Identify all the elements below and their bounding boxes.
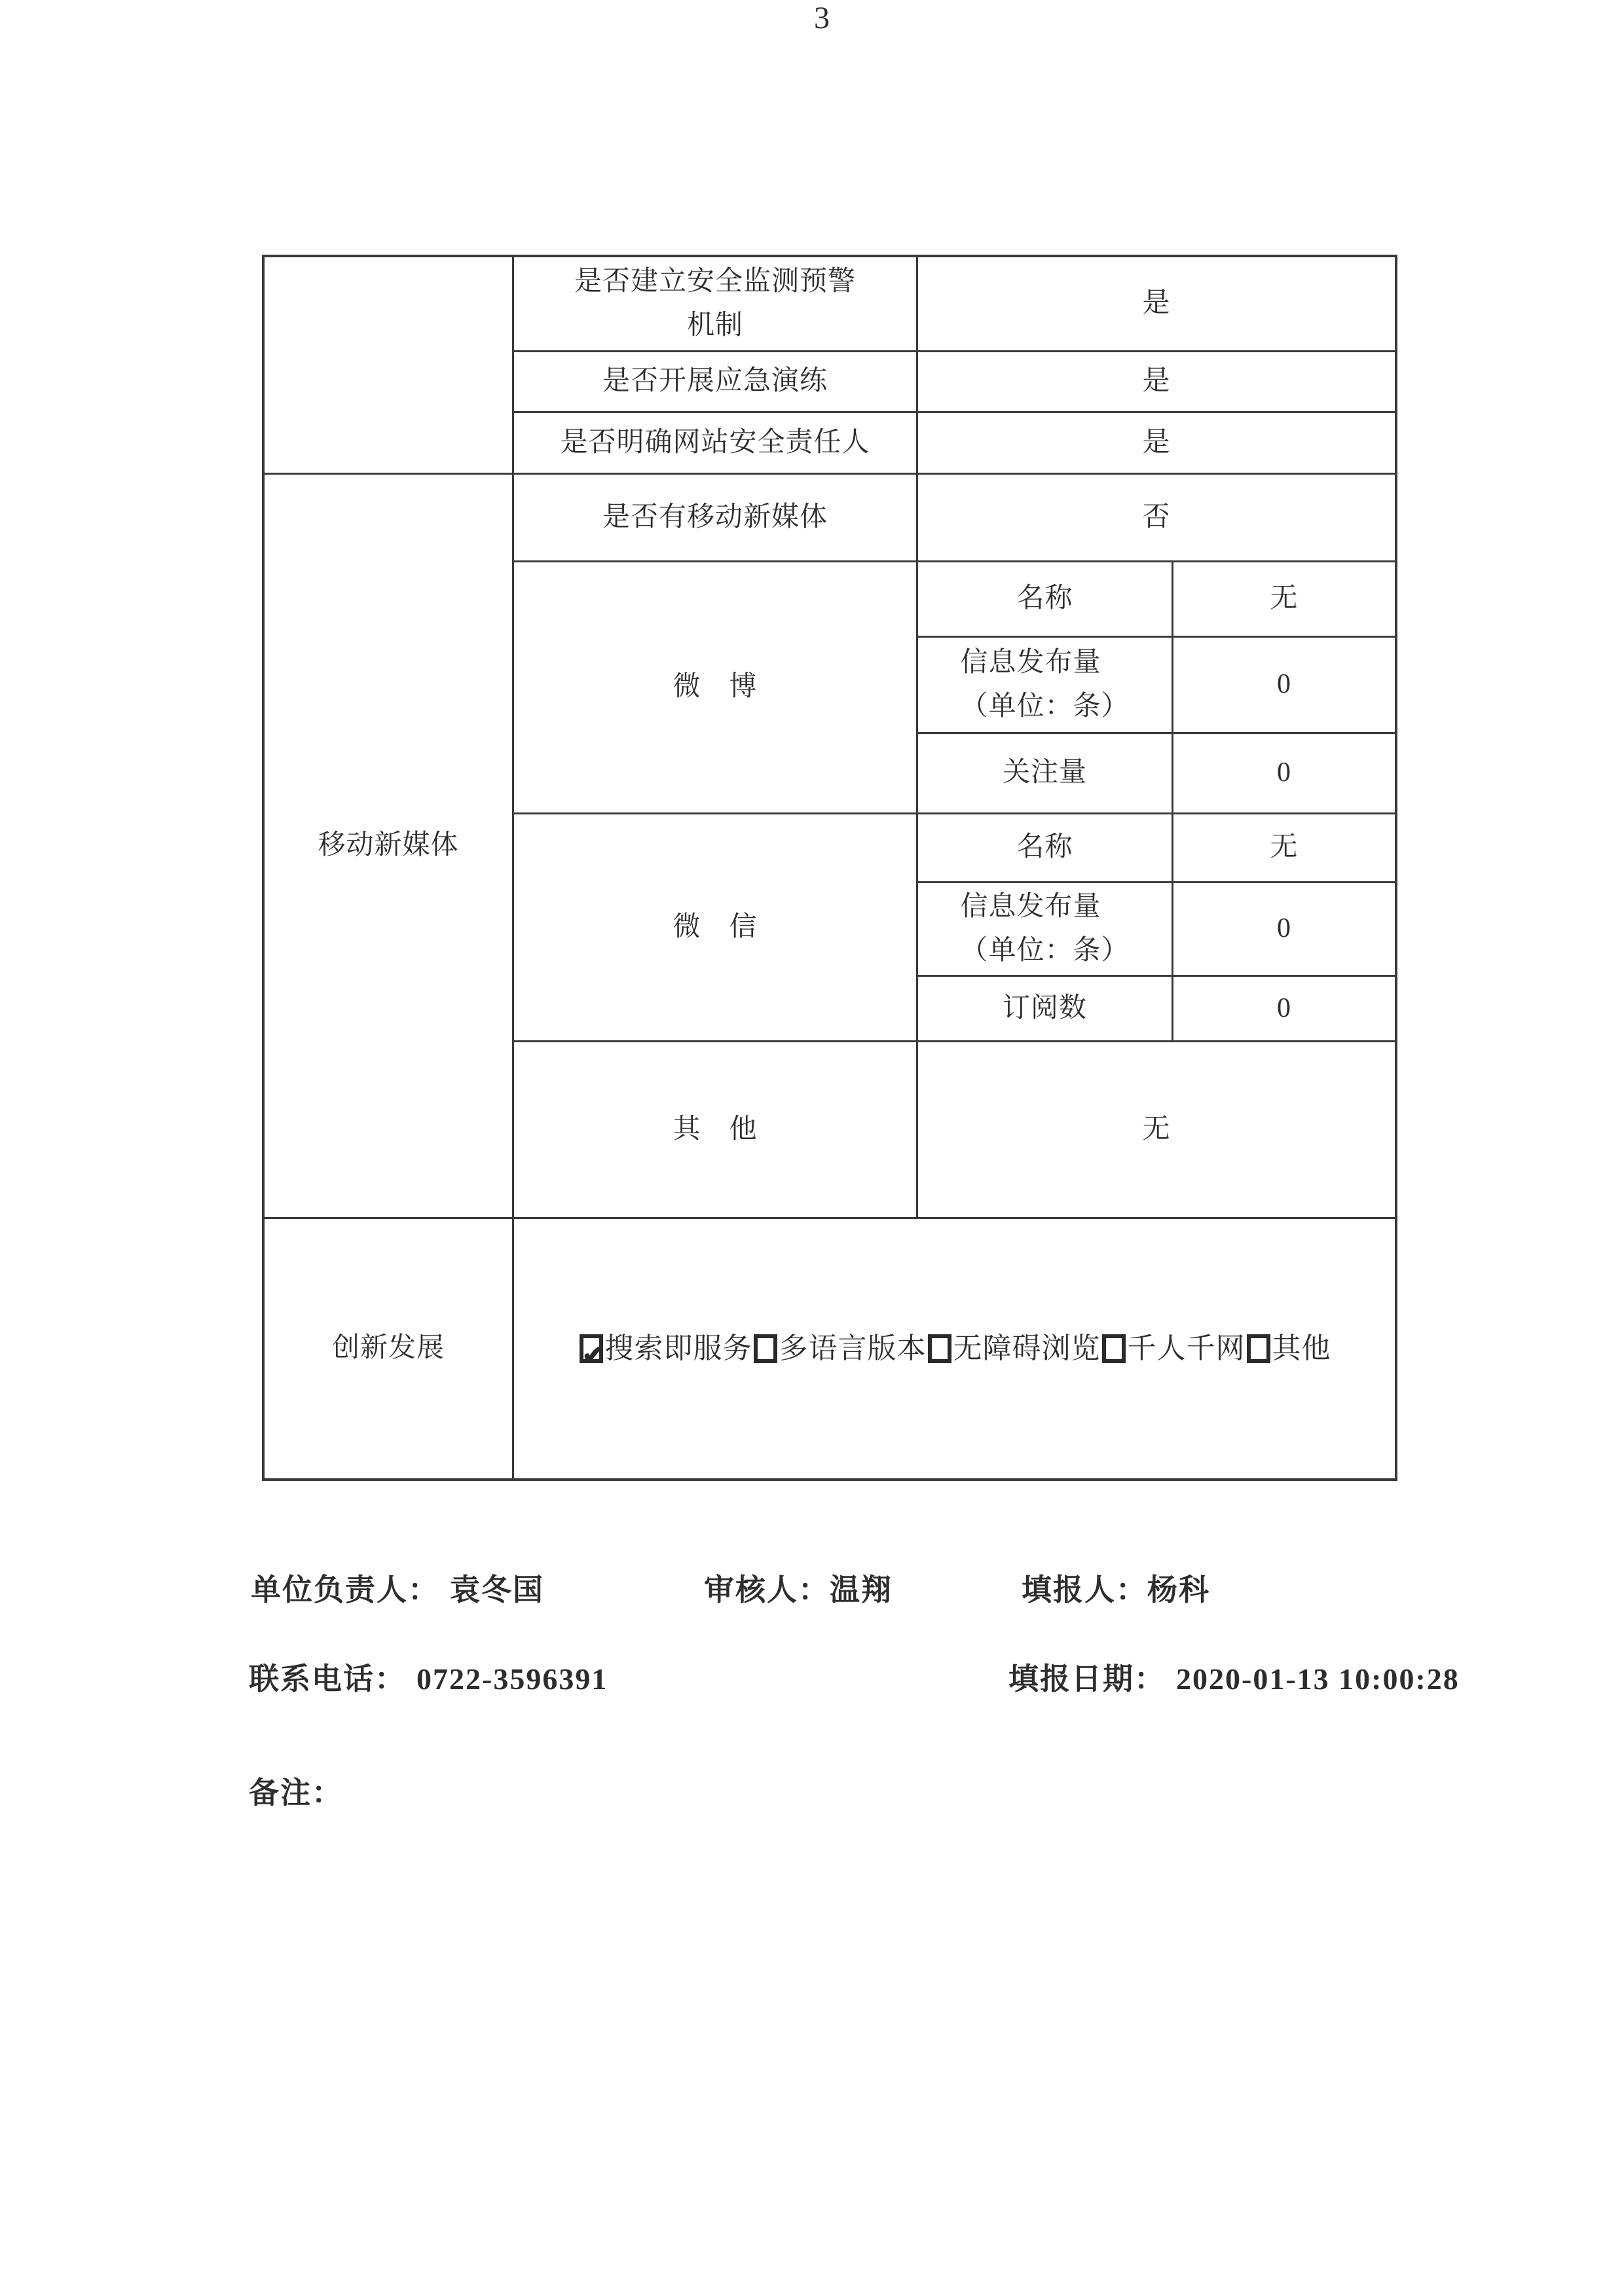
remarks-field: 备注： [249, 1769, 343, 1812]
security-officer-value: 是 [918, 413, 1395, 473]
emergency-drill-value: 是 [918, 352, 1395, 411]
innovation-options-cell: 搜索即服务 多语言版本 无障碍浏览 千人千网 其他 [514, 1219, 1395, 1478]
option-multilingual: 多语言版本 [752, 1326, 927, 1372]
reviewer-field: 审核人：温翔 [704, 1566, 893, 1609]
checkbox-multilingual-icon [754, 1334, 777, 1363]
checkbox-other-icon [1247, 1334, 1270, 1363]
checkbox-accessibility-icon [928, 1334, 951, 1363]
contact-phone-value: 0722-3596391 [416, 1662, 608, 1696]
filler-field: 填报人：杨科 [1022, 1566, 1210, 1609]
wechat-subscribers-label: 订阅数 [918, 977, 1172, 1040]
contact-phone-label: 联系电话： [249, 1662, 406, 1696]
option-search-as-service-label: 搜索即服务 [605, 1326, 752, 1372]
weibo-posts-label: 信息发布量 （单位：条） [918, 638, 1172, 732]
wechat-name-label: 名称 [918, 814, 1172, 881]
filler-value: 杨科 [1147, 1573, 1210, 1607]
checkbox-personalized-icon [1102, 1334, 1126, 1363]
responsible-person-field: 单位负责人：袁冬国 [251, 1566, 544, 1609]
document-page: 是否建立安全监测预警 机制 是 是否开展应急演练 是 是否明确网站安全责任人 是… [0, 0, 1624, 2296]
filler-label: 填报人： [1022, 1573, 1147, 1607]
responsible-person-label: 单位负责人： [251, 1573, 439, 1607]
weibo-posts-label-text: 信息发布量 （单位：条） [960, 641, 1129, 729]
option-other-label: 其他 [1272, 1326, 1331, 1372]
responsible-person-value: 袁冬国 [450, 1573, 544, 1607]
annual-report-table: 是否建立安全监测预警 机制 是 是否开展应急演练 是 是否明确网站安全责任人 是… [262, 255, 1397, 1481]
option-accessibility-label: 无障碍浏览 [953, 1326, 1101, 1372]
checkbox-search-as-service-icon [580, 1334, 603, 1363]
reviewer-label: 审核人： [704, 1573, 830, 1607]
option-search-as-service: 搜索即服务 [578, 1326, 752, 1372]
mobile-media-group-header: 移动新媒体 [265, 475, 512, 1217]
wechat-subscribers-value: 0 [1173, 977, 1395, 1040]
report-date-value: 2020-01-13 10:00:28 [1176, 1662, 1460, 1696]
weibo-posts-value: 0 [1173, 638, 1395, 732]
has-mobile-media-value: 否 [918, 475, 1395, 560]
other-media-value: 无 [918, 1042, 1395, 1217]
option-personalized: 千人千网 [1101, 1326, 1246, 1372]
innovation-group-header: 创新发展 [265, 1219, 512, 1478]
weibo-followers-label: 关注量 [918, 734, 1172, 812]
remarks-label: 备注： [249, 1776, 343, 1810]
security-officer-label: 是否明确网站安全责任人 [514, 413, 916, 473]
reviewer-value: 温翔 [830, 1573, 893, 1607]
wechat-name-value: 无 [1173, 814, 1395, 881]
option-personalized-label: 千人千网 [1128, 1326, 1246, 1372]
security-monitor-label: 是否建立安全监测预警 机制 [514, 257, 916, 350]
option-multilingual-label: 多语言版本 [779, 1326, 927, 1372]
weibo-followers-value: 0 [1173, 734, 1395, 812]
wechat-posts-value: 0 [1173, 883, 1395, 975]
wechat-posts-label-text: 信息发布量 （单位：条） [960, 885, 1129, 973]
option-accessibility: 无障碍浏览 [927, 1326, 1101, 1372]
has-mobile-media-label: 是否有移动新媒体 [514, 475, 916, 560]
security-monitor-value: 是 [918, 257, 1395, 350]
weibo-header-cell: 微 博 [514, 562, 916, 812]
wechat-header-cell: 微 信 [514, 814, 916, 1040]
wechat-posts-label: 信息发布量 （单位：条） [918, 883, 1172, 975]
emergency-drill-label: 是否开展应急演练 [514, 352, 916, 411]
option-other: 其他 [1246, 1326, 1331, 1372]
report-date-label: 填报日期： [1008, 1662, 1166, 1696]
weibo-name-value: 无 [1173, 562, 1395, 636]
page-number: 3 [0, 0, 1624, 36]
other-media-label: 其 他 [514, 1042, 916, 1217]
report-date-field: 填报日期：2020-01-13 10:00:28 [1008, 1655, 1460, 1698]
weibo-name-label: 名称 [918, 562, 1172, 636]
contact-phone-field: 联系电话：0722-3596391 [249, 1655, 608, 1698]
security-group-spacer-cell [265, 257, 512, 473]
